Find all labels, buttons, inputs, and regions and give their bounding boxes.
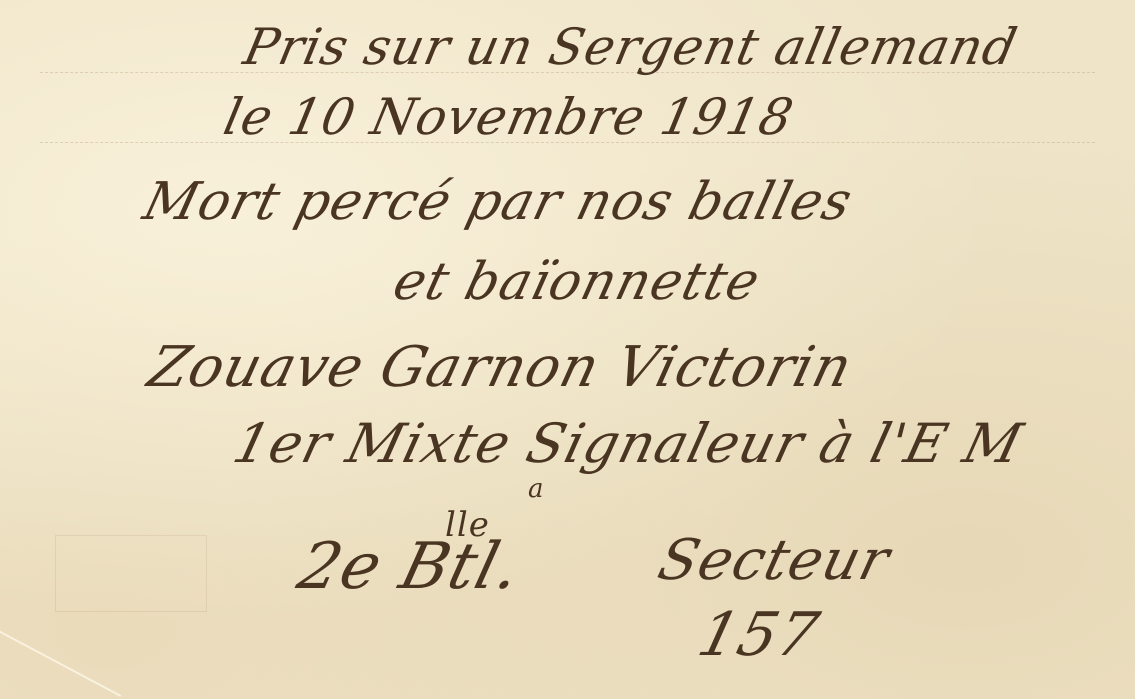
handwritten-card: Pris sur un Sergent allemand le 10 Novem… [0,0,1135,699]
handwritten-battalion-superscript: lle [445,505,490,545]
handwritten-subscript-mark: a [528,474,545,504]
handwritten-line-1: Pris sur un Sergent allemand [239,18,1023,76]
handwritten-line-3: Mort percé par nos balles [138,172,859,232]
faded-stamp-box [55,535,207,612]
handwritten-sector-number: 157 [691,600,826,670]
paper-fold-crease [0,620,121,697]
handwritten-line-5-name: Zouave Garnon Victorin [142,335,859,400]
handwritten-line-4: et baïonnette [388,252,767,312]
handwritten-line-6-unit: 1er Mixte Signaleur à l'E M [227,412,1029,475]
handwritten-line-2-date: le 10 Novembre 1918 [219,88,799,146]
handwritten-sector-label: Secteur [652,528,897,593]
handwritten-battalion: 2e Btl. [291,530,529,604]
